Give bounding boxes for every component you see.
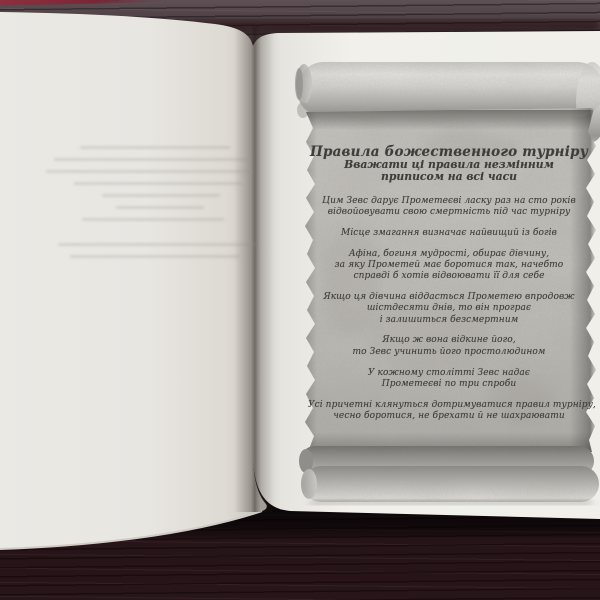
scroll-bottom-shadow — [310, 500, 592, 505]
scroll-paragraph: Усі причетні клянуться дотримуватися пра… — [308, 400, 590, 423]
scroll-paragraph: Місце змагання визначає найвищий із богі… — [308, 228, 590, 239]
showthrough-line — [70, 255, 240, 258]
showthrough-line — [102, 194, 220, 197]
rule-line: справді б хотів відвоювати її для себе — [308, 271, 590, 282]
scroll-paragraph: Якщо ця дівчина віддасться Прометею впро… — [308, 292, 590, 326]
photo-open-book-on-wood: Правила божественного турніру Вважати ці… — [0, 0, 600, 600]
rule-line: Цим Зевс дарує Прометеєві ласку раз на с… — [308, 196, 590, 207]
scroll-title: Правила божественного турніру — [308, 145, 590, 159]
rule-line: Місце змагання визначає найвищий із богі… — [308, 228, 590, 239]
rule-line: за яку Прометей має боротися так, начебт… — [308, 260, 590, 271]
scroll-paragraph: У кожному столітті Зевс надає Прометеєві… — [308, 368, 590, 391]
page-showthrough — [18, 146, 258, 296]
rule-line: Якщо ця дівчина віддасться Прометею впро… — [308, 292, 590, 303]
scroll-paragraph: Якщо ж вона відкине його, то Зевс учинит… — [308, 335, 590, 358]
rule-line: відвойовувати свою смертність під час ту… — [308, 207, 590, 218]
showthrough-line — [74, 182, 242, 185]
rule-line: чесно боротися, не брехати й не шахраюва… — [308, 411, 590, 422]
showthrough-line — [80, 146, 230, 149]
showthrough-line — [116, 206, 204, 209]
showthrough-line — [58, 243, 256, 246]
scroll-text-block: Правила божественного турніру Вважати ці… — [308, 145, 590, 432]
showthrough-line — [54, 158, 250, 161]
showthrough-line — [82, 218, 224, 221]
rule-line: У кожному столітті Зевс надає — [308, 368, 590, 379]
book-cover-edge — [0, 0, 160, 6]
scroll-paragraph: Афіна, богиня мудрості, обирає дівчину, … — [308, 249, 590, 283]
rule-line: Якщо ж вона відкине його, — [308, 335, 590, 346]
rule-line: Прометеєві по три спроби — [308, 379, 590, 390]
rule-line: шістдесяти днів, то він програє — [308, 303, 590, 314]
rule-line: то Зевс учинить його простолюдином — [308, 347, 590, 358]
scroll-paragraph: Цим Зевс дарує Прометеєві ласку раз на с… — [308, 196, 590, 219]
showthrough-line — [46, 170, 254, 173]
rule-line: і залишиться безсмертним — [308, 315, 590, 326]
scroll-subtitle: Вважати ці правила незмінним приписом на… — [308, 159, 590, 184]
scroll-subtitle-line: приписом на всі часи — [308, 171, 590, 183]
rule-line: Афіна, богиня мудрості, обирає дівчину, — [308, 249, 590, 260]
rule-line: Усі причетні клянуться дотримуватися пра… — [308, 400, 590, 411]
